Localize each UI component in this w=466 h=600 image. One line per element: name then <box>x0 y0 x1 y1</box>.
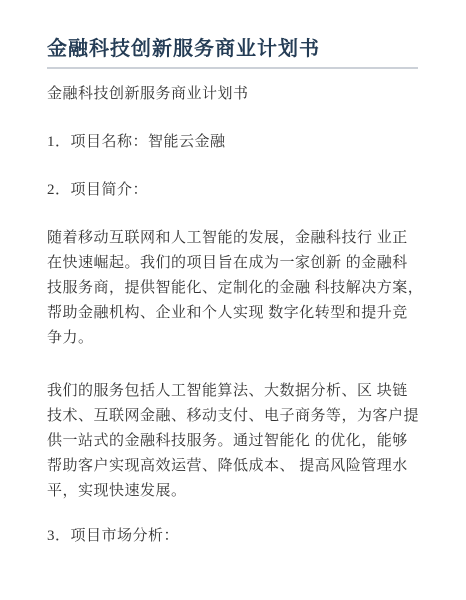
paragraph-line: 在快速崛起。我们的项目旨在成为一家创新 的金融科 <box>47 251 418 276</box>
paragraph-line: 平，实现快速发展。 <box>47 479 418 504</box>
paragraph-project-intro: 随着移动互联网和人工智能的发展，金融科技行 业正在快速崛起。我们的项目旨在成为一… <box>47 226 418 351</box>
section-heading-market-analysis: 3．项目市场分析： <box>47 528 418 545</box>
section-heading-project-intro: 2．项目简介： <box>47 182 418 199</box>
paragraph-line: 帮助金融机构、企业和个人实现 数字化转型和提升竞 <box>47 301 418 326</box>
paragraph-line: 供一站式的金融科技服务。通过智能化 的优化，能够 <box>47 429 418 454</box>
document-subtitle: 金融科技创新服务商业计划书 <box>47 86 418 103</box>
paragraph-line: 争力。 <box>47 326 418 351</box>
paragraph-line: 技术、互联网金融、移动支付、电子商务等，为客户提 <box>47 404 418 429</box>
paragraph-services: 我们的服务包括人工智能算法、大数据分析、区 块链技术、互联网金融、移动支付、电子… <box>47 379 418 504</box>
paragraph-line: 帮助客户实现高效运营、降低成本、 提高风险管理水 <box>47 454 418 479</box>
section-heading-project-name: 1．项目名称：智能云金融 <box>47 134 418 151</box>
document-title: 金融科技创新服务商业计划书 <box>47 36 418 62</box>
paragraph-line: 我们的服务包括人工智能算法、大数据分析、区 块链 <box>47 379 418 404</box>
title-divider <box>47 67 418 69</box>
paragraph-line: 随着移动互联网和人工智能的发展，金融科技行 业正 <box>47 226 418 251</box>
document-page: 金融科技创新服务商业计划书 金融科技创新服务商业计划书 1．项目名称：智能云金融… <box>0 0 466 600</box>
paragraph-line: 技服务商，提供智能化、定制化的金融 科技解决方案， <box>47 276 418 301</box>
